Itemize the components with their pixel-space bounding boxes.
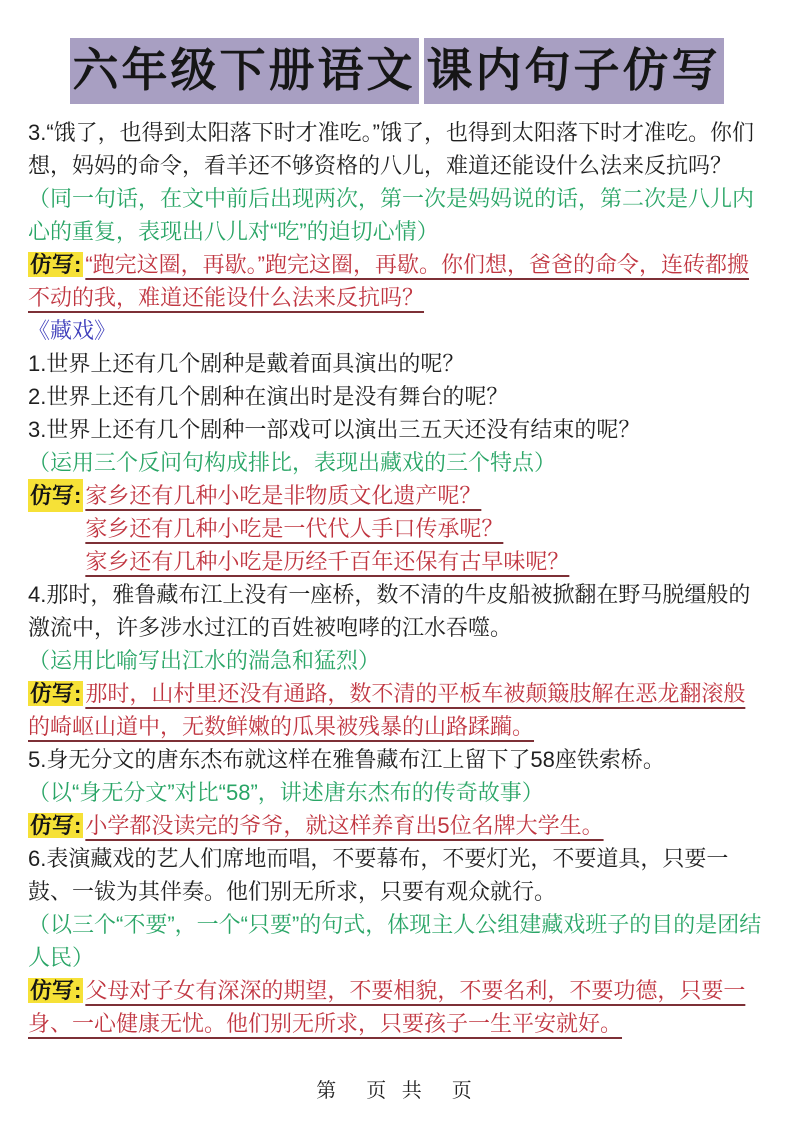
item4-annotation: （运用比喻写出江水的湍急和猛烈） [28,644,767,677]
zangxi-question-1: 1.世界上还有几个剧种是戴着面具演出的呢？ [28,347,767,380]
zangxi-q1-text: 1.世界上还有几个剧种是戴着面具演出的呢？ [28,351,464,376]
imitation-label: 仿写: [28,479,83,512]
zangxi-imitation-2-text: 家乡还有几种小吃是一代代人手口传承呢？ [85,512,503,545]
zangxi-question-2: 2.世界上还有几个剧种在演出时是没有舞台的呢？ [28,380,767,413]
item3-note: （同一句话，在文中前后出现两次，第一次是妈妈说的话，第二次是八儿内心的重复，表现… [28,186,754,244]
item3-source-sentence: 3.“饿了，也得到太阳落下时才准吃。”饿了，也得到太阳落下时才准吃。你们想，妈妈… [28,116,767,182]
item3-annotation: （同一句话，在文中前后出现两次，第一次是妈妈说的话，第二次是八儿内心的重复，表现… [28,182,767,248]
page-title-left-highlight: 六年级下册语文 [70,38,419,104]
zangxi-note: （运用三个反问句构成排比，表现出藏戏的三个特点） [28,450,556,475]
lesson-title: 《藏戏》 [28,318,116,343]
item5-imitation-text: 小学都没读完的爷爷，就这样养育出5位名牌大学生。 [85,813,603,838]
item4-text: 4.那时，雅鲁藏布江上没有一座桥，数不清的牛皮船被掀翻在野马脱缰般的激流中，许多… [28,582,750,640]
item4-imitation-row: 仿写:那时，山村里还没有通路，数不清的平板车被颠簸肢解在恶龙翻滚般的崎岖山道中，… [28,677,767,743]
item5-annotation: （以“身无分文”对比“58”，讲述唐东杰布的传奇故事） [28,776,767,809]
item5-source-sentence: 5.身无分文的唐东杰布就这样在雅鲁藏布江上留下了58座铁索桥。 [28,743,767,776]
page-footer: 第 页 共 页 [0,1075,793,1108]
item6-text: 6.表演藏戏的艺人们席地而唱，不要幕布，不要灯光，不要道具，只要一鼓、一钹为其伴… [28,846,728,904]
item5-note: （以“身无分文”对比“58”，讲述唐东杰布的传奇故事） [28,780,544,805]
item3-text: 3.“饿了，也得到太阳落下时才准吃。”饿了，也得到太阳落下时才准吃。你们想，妈妈… [28,120,754,178]
item5-text: 5.身无分文的唐东杰布就这样在雅鲁藏布江上留下了58座铁索桥。 [28,747,665,772]
zangxi-imitation-3-text: 家乡还有几种小吃是历经千百年还保有古早味呢？ [85,545,569,578]
page-title-right-highlight: 课内句子仿写 [424,38,724,104]
imitation-label: 仿写: [28,813,83,838]
item4-source-sentence: 4.那时，雅鲁藏布江上没有一座桥，数不清的牛皮船被掀翻在野马脱缰般的激流中，许多… [28,578,767,644]
item6-note: （以三个“不要”，一个“只要”的句式，体现主人公组建藏戏班子的目的是团结人民） [28,912,761,970]
zangxi-q2-text: 2.世界上还有几个剧种在演出时是没有舞台的呢？ [28,384,508,409]
item5-imitation-row: 仿写:小学都没读完的爷爷，就这样养育出5位名牌大学生。 [28,809,767,842]
imitation-label: 仿写: [28,252,83,277]
zangxi-imitation-line-2: 家乡还有几种小吃是一代代人手口传承呢？ [85,512,767,545]
zangxi-imitation-line-1: 家乡还有几种小吃是非物质文化遗产呢？ [85,479,767,512]
zangxi-q3-text: 3.世界上还有几个剧种一部戏可以演出三五天还没有结束的呢？ [28,417,640,442]
item4-note: （运用比喻写出江水的湍急和猛烈） [28,648,380,673]
worksheet-page: 六年级下册语文课内句子仿写 3.“饿了，也得到太阳落下时才准吃。”饿了，也得到太… [0,0,793,1122]
item6-imitation-text: 父母对子女有深深的期望，不要相貌，不要名利，不要功德，只要一身、一心健康无忧。他… [28,978,745,1036]
page-title: 六年级下册语文课内句子仿写 [0,38,793,104]
imitation-label: 仿写: [28,978,83,1003]
lesson-title-row: 《藏戏》 [28,314,767,347]
zangxi-imitation-block: 仿写: 家乡还有几种小吃是非物质文化遗产呢？ 家乡还有几种小吃是一代代人手口传承… [28,479,767,578]
imitation-label: 仿写: [28,681,83,706]
worksheet-body: 3.“饿了，也得到太阳落下时才准吃。”饿了，也得到太阳落下时才准吃。你们想，妈妈… [0,116,793,1040]
item3-imitation-text: “跑完这圈，再歇。”跑完这圈，再歇。你们想，爸爸的命令，连砖都搬不动的我，难道还… [28,252,749,310]
zangxi-imitation-lines: 家乡还有几种小吃是非物质文化遗产呢？ 家乡还有几种小吃是一代代人手口传承呢？ 家… [85,479,767,578]
item4-imitation-text: 那时，山村里还没有通路，数不清的平板车被颠簸肢解在恶龙翻滚般的崎岖山道中，无数鲜… [28,681,745,739]
item6-imitation-row: 仿写:父母对子女有深深的期望，不要相貌，不要名利，不要功德，只要一身、一心健康无… [28,974,767,1040]
zangxi-question-3: 3.世界上还有几个剧种一部戏可以演出三五天还没有结束的呢？ [28,413,767,446]
item6-annotation: （以三个“不要”，一个“只要”的句式，体现主人公组建藏戏班子的目的是团结人民） [28,908,767,974]
zangxi-imitation-1-text: 家乡还有几种小吃是非物质文化遗产呢？ [85,479,481,512]
item6-source-sentence: 6.表演藏戏的艺人们席地而唱，不要幕布，不要灯光，不要道具，只要一鼓、一钹为其伴… [28,842,767,908]
page-number-text: 第 页 共 页 [316,1080,477,1102]
item3-imitation-row: 仿写:“跑完这圈，再歇。”跑完这圈，再歇。你们想，爸爸的命令，连砖都搬不动的我，… [28,248,767,314]
zangxi-annotation: （运用三个反问句构成排比，表现出藏戏的三个特点） [28,446,767,479]
zangxi-imitation-line-3: 家乡还有几种小吃是历经千百年还保有古早味呢？ [85,545,767,578]
